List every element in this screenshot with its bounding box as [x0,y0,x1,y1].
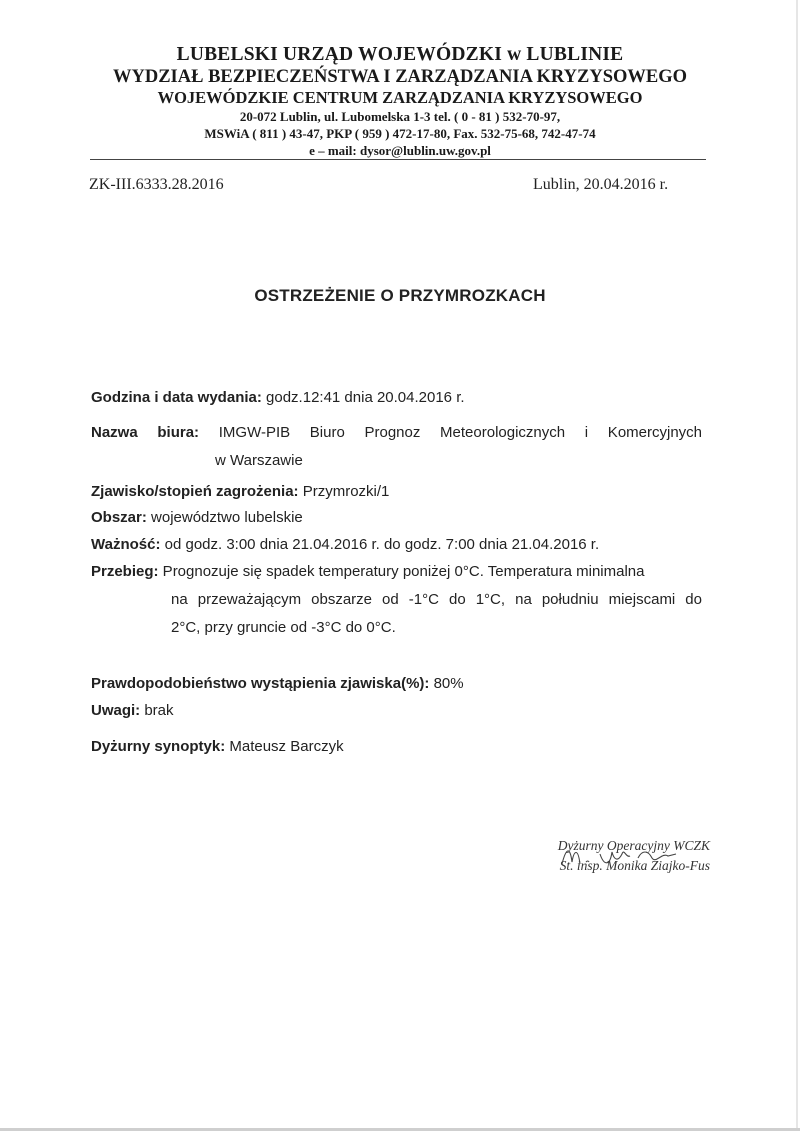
phones-line: MSWiA ( 811 ) 43-47, PKP ( 959 ) 472-17-… [80,125,720,142]
field-label: Dyżurny synoptyk: [91,738,225,755]
department-name: WYDZIAŁ BEZPIECZEŃSTWA I ZARZĄDZANIA KRY… [80,66,720,88]
field-label: Prawdopodobieństwo wystąpienia zjawiska(… [91,675,429,692]
place-date: Lublin, 20.04.2016 r. [533,176,668,194]
field-forecaster: Dyżurny synoptyk: Mateusz Barczyk [91,738,344,755]
field-label: Przebieg: [91,563,159,580]
email-line: e – mail: dysor@lublin.uw.gov.pl [80,142,720,159]
field-value: Przymrozki/1 [299,483,390,500]
field-label: Zjawisko/stopień zagrożenia: [91,483,299,500]
reference-number: ZK-III.6333.28.2016 [89,176,224,194]
page-edge [796,0,798,1131]
field-area: Obszar: województwo lubelskie [91,509,303,526]
field-office-cont: w Warszawie [215,452,303,469]
field-value: Prognozuje się spadek temperatury poniże… [159,563,645,580]
field-probability: Prawdopodobieństwo wystąpienia zjawiska(… [91,675,464,692]
field-office: Nazwa biura: IMGW-PIB Biuro Prognoz Mete… [91,424,702,441]
center-name: WOJEWÓDZKIE CENTRUM ZARZĄDZANIA KRYZYSOW… [80,88,720,108]
field-label: Ważność: [91,536,160,553]
field-course-line3: 2°C, przy gruncie od -3°C do 0°C. [171,619,396,636]
field-label: Uwagi: [91,702,140,719]
document-title: OSTRZEŻENIE O PRZYMROZKACH [0,286,800,306]
field-validity: Ważność: od godz. 3:00 dnia 21.04.2016 r… [91,536,599,553]
field-phenomenon: Zjawisko/stopień zagrożenia: Przymrozki/… [91,483,389,500]
header-divider [90,159,706,160]
field-course: Przebieg: Prognozuje się spadek temperat… [91,563,645,580]
field-course-line2: na przeważającym obszarze od -1°C do 1°C… [171,591,702,608]
field-value: IMGW-PIB Biuro Prognoz Meteorologicznych… [219,424,702,441]
field-value: godz.12:41 dnia 20.04.2016 r. [262,389,465,406]
field-value: 80% [429,675,463,692]
field-value: od godz. 3:00 dnia 21.04.2016 r. do godz… [160,536,599,553]
field-value: województwo lubelskie [147,509,303,526]
field-label: Obszar: [91,509,147,526]
field-label: Nazwa biura: [91,424,199,441]
field-issued: Godzina i data wydania: godz.12:41 dnia … [91,389,465,406]
field-value: Mateusz Barczyk [225,738,343,755]
handwritten-signature-icon [560,842,680,870]
field-label: Godzina i data wydania: [91,389,262,406]
letterhead: LUBELSKI URZĄD WOJEWÓDZKI w LUBLINIE WYD… [80,44,720,159]
address-line: 20-072 Lublin, ul. Lubomelska 1-3 tel. (… [80,108,720,125]
field-value: brak [140,702,173,719]
field-remarks: Uwagi: brak [91,702,174,719]
institution-name: LUBELSKI URZĄD WOJEWÓDZKI w LUBLINIE [80,44,720,66]
